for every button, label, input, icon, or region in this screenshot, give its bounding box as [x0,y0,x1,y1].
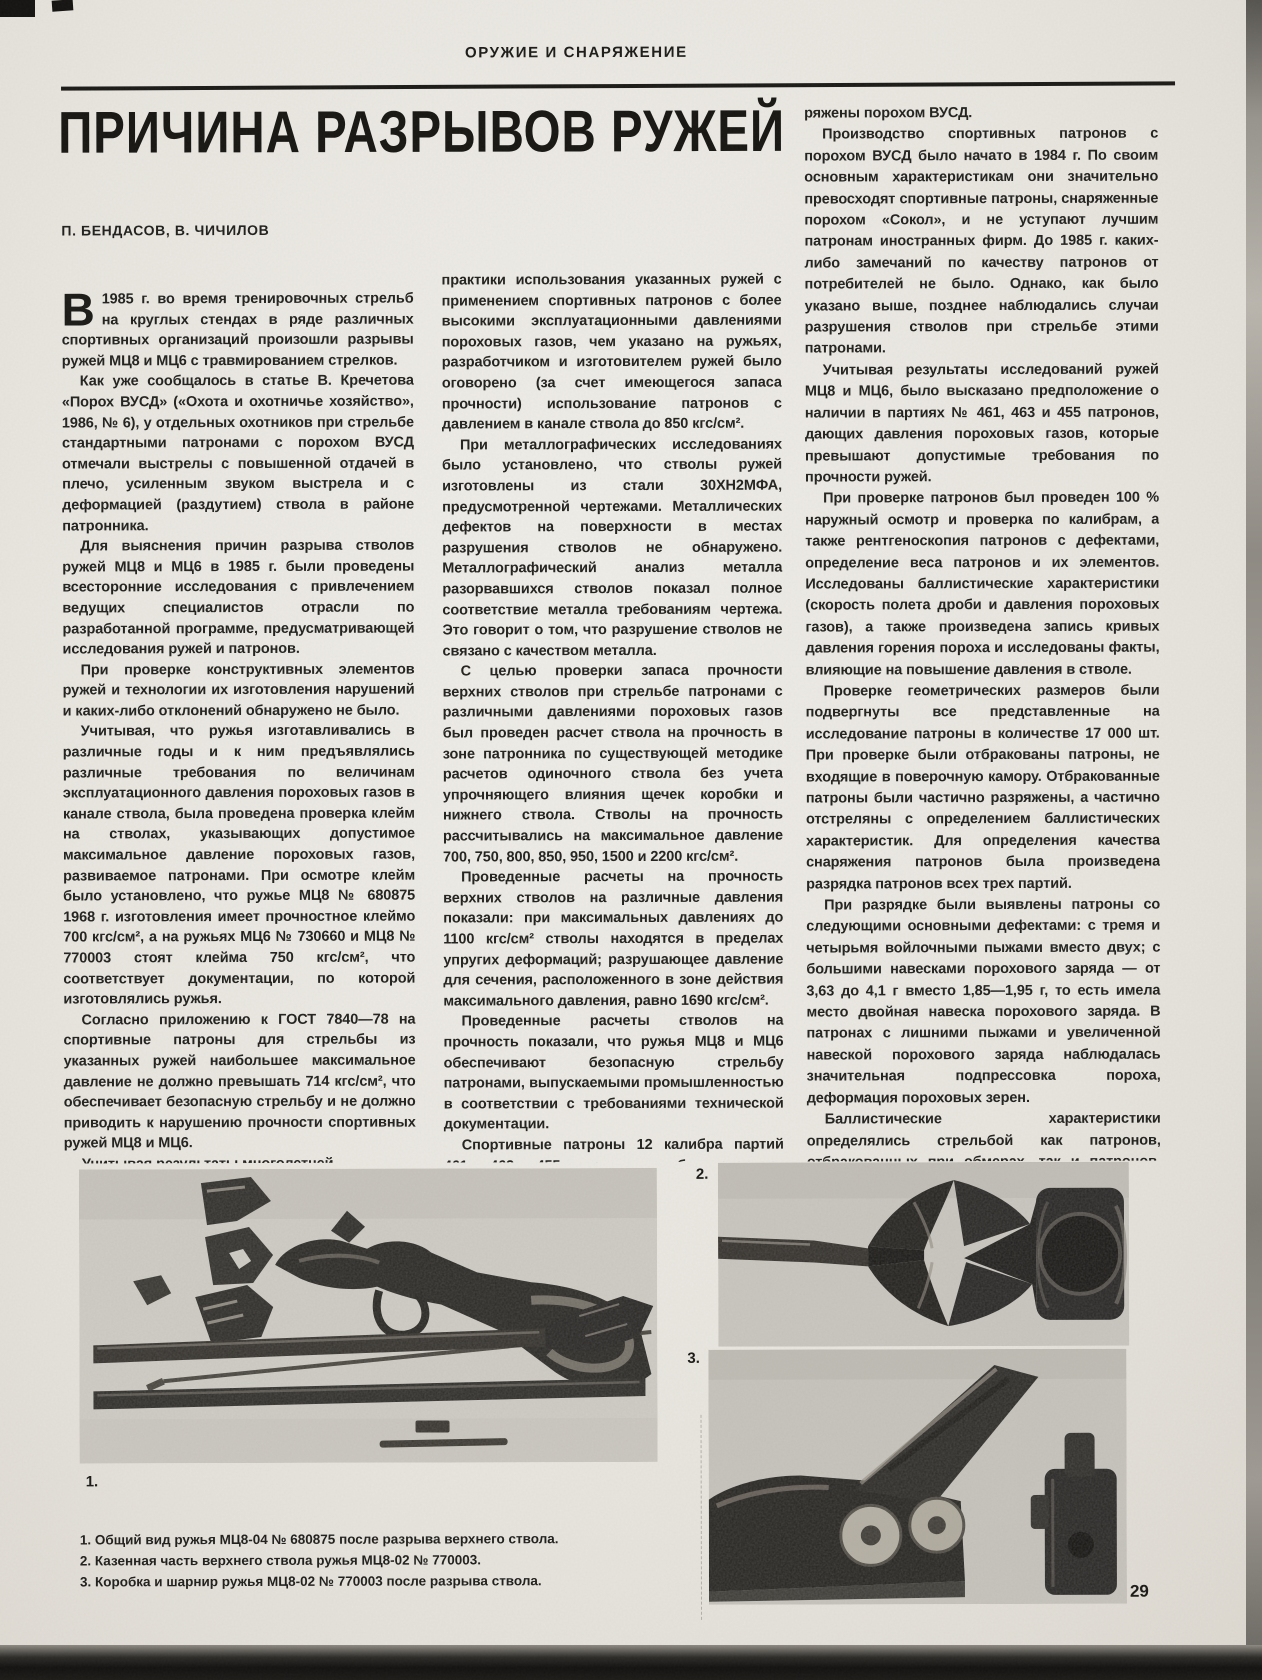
paragraph: При разрядке были выявлены патроны со сл… [806,895,1161,1110]
text-column-3: ряжены порохом ВУСД. Производство спорти… [804,103,1161,1162]
figure-caption-3: 3. Коробка и шарнир ружья МЦ8-02 № 77000… [80,1570,690,1593]
page-edge-shadow-right [1246,0,1262,1680]
figure-caption-1: 1. Общий вид ружья МЦ8-04 № 680875 после… [80,1528,690,1551]
section-header: ОРУЖИЕ И СНАРЯЖЕНИЕ [465,44,688,62]
figure-2-label: 2. [696,1166,709,1183]
paragraph: При металлографических исследованиях был… [442,434,783,661]
drop-cap: В [62,289,102,328]
paragraph-lead-text: 1985 г. во время тренировочных стрельб н… [62,291,414,370]
figure-1-photo [79,1168,658,1464]
magazine-page: ОРУЖИЕ И СНАРЯЖЕНИЕ ПРИЧИНА РАЗРЫВОВ РУЖ… [0,0,1262,1680]
paragraph: При проверке конструктивных элементов ру… [63,659,415,722]
header-divider-rule [61,81,1175,90]
paragraph: Учитывая, что ружья изготавливались в ра… [63,721,416,1010]
ruptured-barrel-breech-photo [718,1162,1129,1347]
authors-byline: П. БЕНДАСОВ, В. ЧИЧИЛОВ [61,222,269,239]
figure-1-label: 1. [86,1473,99,1490]
scan-artifact-mark [52,0,74,12]
figure-caption-2: 2. Казенная часть верхнего ствола ружья … [80,1549,690,1572]
article-title: ПРИЧИНА РАЗРЫВОВ РУЖЕЙ [58,97,785,167]
scan-crease-line [701,1415,703,1620]
paragraph: Согласно приложению к ГОСТ 7840—78 на сп… [63,1009,415,1154]
paragraph: С целью проверки запаса прочности верхни… [443,661,784,868]
figure-3-label: 3. [687,1350,700,1367]
paragraph: Учитывая результаты многолетней [64,1154,416,1164]
text-column-2: практики использования указанных ружей с… [442,270,784,1163]
scan-artifact-mark [0,0,35,17]
paragraph: ряжены порохом ВУСД. [804,103,1158,125]
figure-2-photo [718,1162,1129,1347]
paragraph: Учитывая результаты исследований ружей М… [805,359,1159,488]
figure-captions: 1. Общий вид ружья МЦ8-04 № 680875 после… [80,1528,690,1593]
paragraph: Для выяснения причин разрыва стволов руж… [62,536,414,660]
text-column-1: В1985 г. во время тренировочных стрельб … [62,289,416,1164]
disassembled-shotgun-photo [79,1168,658,1464]
paragraph: Проверке геометрических размеров были по… [806,681,1161,896]
page-number: 29 [1130,1582,1149,1602]
paragraph: Проведенные расчеты стволов на прочность… [443,1011,783,1135]
scanned-content: ОРУЖИЕ И СНАРЯЖЕНИЕ ПРИЧИНА РАЗРЫВОВ РУЖ… [0,0,1262,1680]
paragraph-lead: В1985 г. во время тренировочных стрельб … [62,289,414,372]
paragraph: При проверке патронов был проведен 100 %… [805,488,1160,682]
paragraph: практики использования указанных ружей с… [442,270,782,436]
paragraph: Как уже сообщалось в статье В. Кречетова… [62,371,414,537]
paragraph: Баллистические характеристики определяли… [807,1109,1161,1162]
page-edge-shadow-bottom [0,1645,1262,1680]
figure-3-photo [708,1349,1127,1605]
receiver-and-hinge-photo [708,1349,1127,1605]
paragraph: Производство спортивных патронов с порох… [804,124,1159,360]
paragraph: Проведенные расчеты на прочность верхних… [443,867,783,1012]
paragraph: Спортивные патроны 12 калибра партий 461… [444,1135,784,1163]
